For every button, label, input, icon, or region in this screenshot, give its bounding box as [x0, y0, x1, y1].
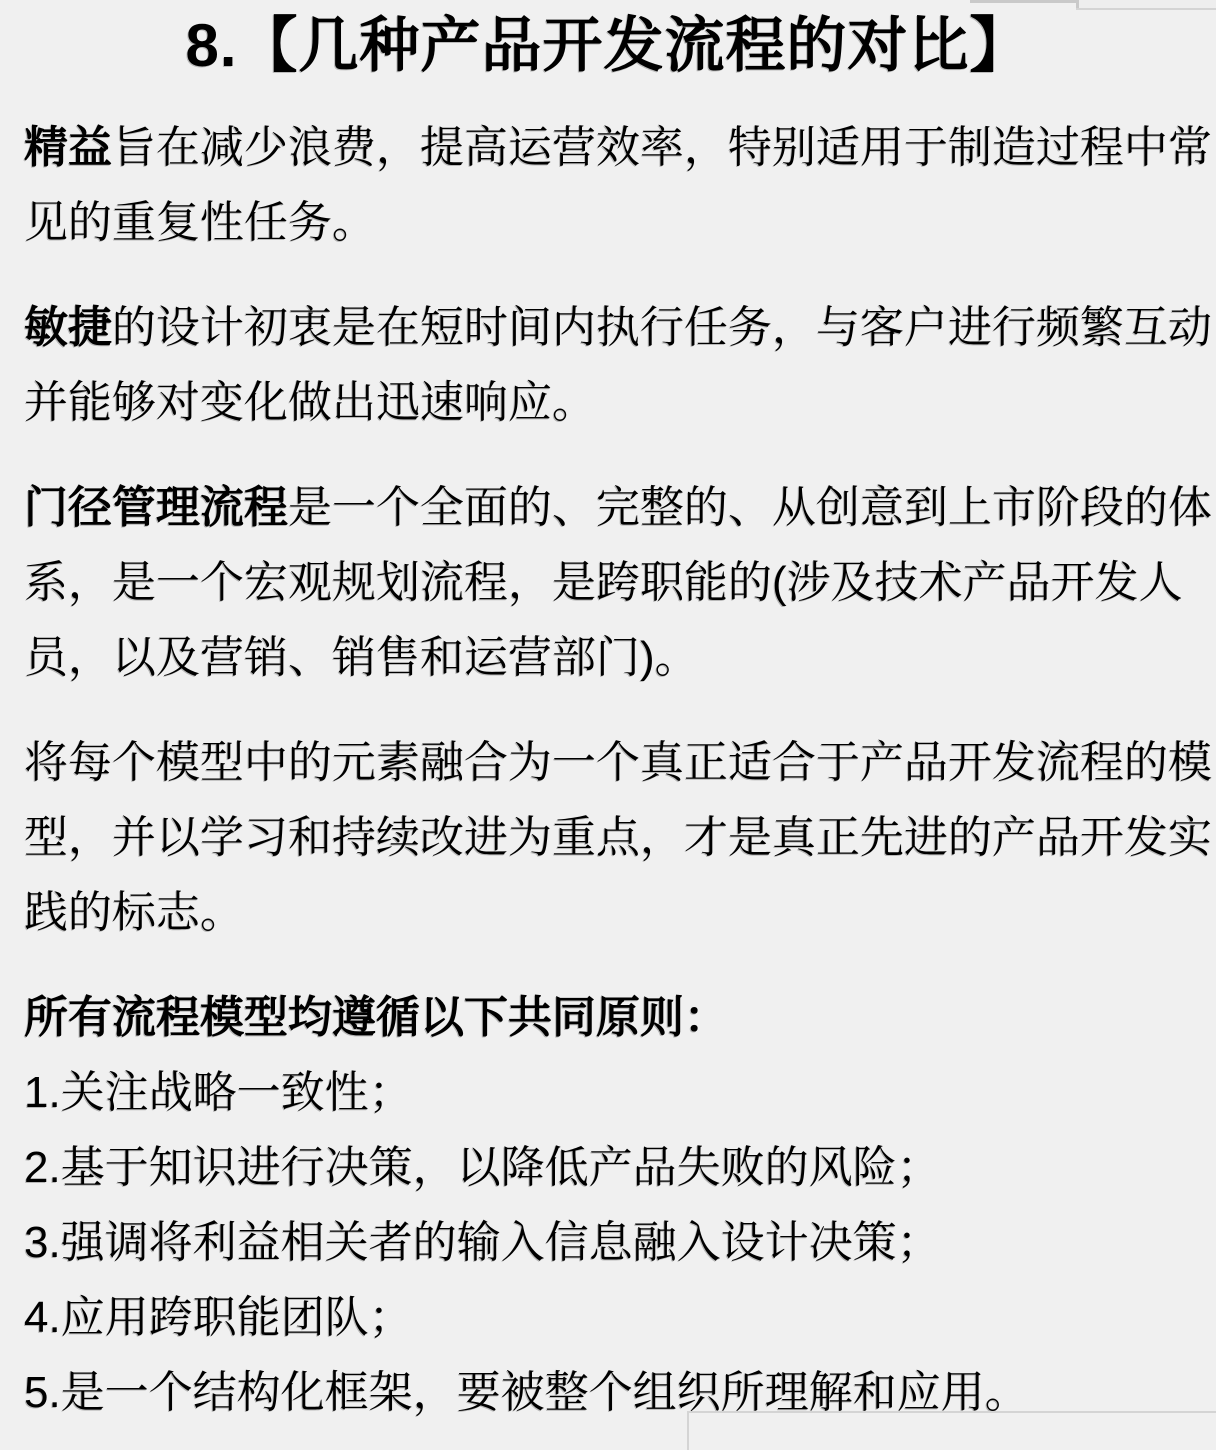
cell-border-bottom-vertical	[687, 1411, 689, 1450]
paragraph-lean: 精益旨在减少浪费，提高运营效率，特别适用于制造过程中常见的重复性任务。	[24, 110, 1214, 260]
agile-term: 敏捷	[24, 303, 112, 352]
document-body: 精益旨在减少浪费，提高运营效率，特别适用于制造过程中常见的重复性任务。 敏捷的设…	[0, 110, 1216, 1430]
principle-item-4: 4.应用跨职能团队；	[24, 1280, 1214, 1355]
principle-item-1: 1.关注战略一致性；	[24, 1055, 1214, 1130]
principle-item-3: 3.强调将利益相关者的输入信息融入设计决策；	[24, 1205, 1214, 1280]
stage-gate-term: 门径管理流程	[24, 483, 288, 532]
paragraph-stage-gate: 门径管理流程是一个全面的、完整的、从创意到上市阶段的体系，是一个宏观规划流程，是…	[24, 470, 1214, 695]
cell-border-top-left-segment	[970, 0, 1079, 3]
lean-term: 精益	[24, 123, 112, 172]
cell-fill-top-right	[1079, 0, 1216, 8]
paragraph-agile: 敏捷的设计初衷是在短时间内执行任务，与客户进行频繁互动并能够对变化做出迅速响应。	[24, 290, 1214, 440]
page-title: 8.【几种产品开发流程的对比】	[0, 0, 1216, 88]
document-page: 8.【几种产品开发流程的对比】 精益旨在减少浪费，提高运营效率，特别适用于制造过…	[0, 0, 1216, 1450]
paragraph-lean-text: 旨在减少浪费，提高运营效率，特别适用于制造过程中常见的重复性任务。	[24, 123, 1212, 247]
principle-item-5: 5.是一个结构化框架，要被整个组织所理解和应用。	[24, 1355, 1214, 1430]
principle-item-2: 2.基于知识进行决策，以降低产品失败的风险；	[24, 1130, 1214, 1205]
cell-border-top-right-segment	[1076, 8, 1216, 10]
paragraph-hybrid-text: 将每个模型中的元素融合为一个真正适合于产品开发流程的模型，并以学习和持续改进为重…	[24, 738, 1212, 937]
paragraph-hybrid: 将每个模型中的元素融合为一个真正适合于产品开发流程的模型，并以学习和持续改进为重…	[24, 725, 1214, 950]
cell-border-bottom-horizontal	[687, 1411, 1216, 1413]
principles-heading: 所有流程模型均遵循以下共同原则：	[24, 980, 1214, 1055]
paragraph-agile-text: 的设计初衷是在短时间内执行任务，与客户进行频繁互动并能够对变化做出迅速响应。	[24, 303, 1212, 427]
